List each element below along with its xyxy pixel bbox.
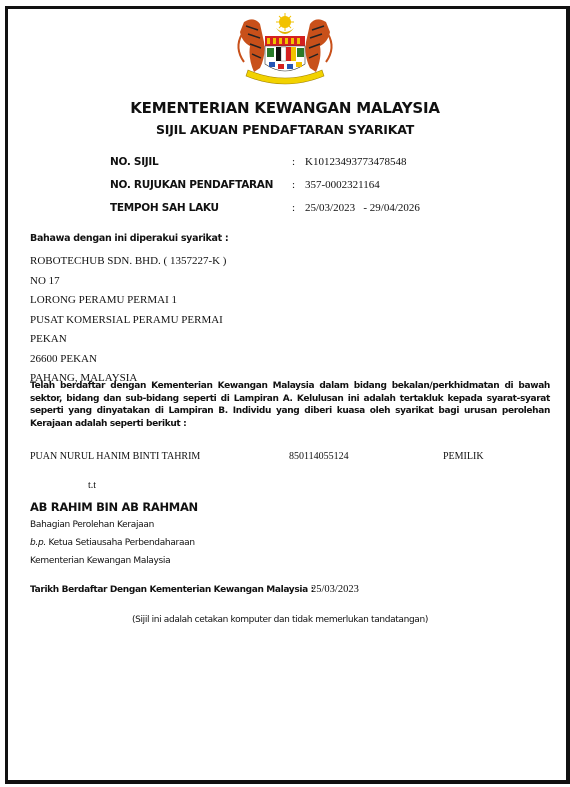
- info-label: TEMPOH SAH LAKU: [110, 202, 219, 214]
- info-colon: :: [292, 156, 295, 168]
- malaysia-coat-of-arms-icon: [230, 12, 340, 86]
- intro-statement: Bahawa dengan ini diperakui syarikat :: [30, 233, 228, 244]
- registration-reference: 357-0002321164: [305, 179, 380, 191]
- certificate-title: SIJIL AKUAN PENDAFTARAN SYARIKAT: [0, 122, 570, 137]
- address-line: 26600 PEKAN: [30, 350, 226, 370]
- address-line: LORONG PERAMU PERMAI 1: [30, 291, 226, 311]
- registration-date-label: Tarikh Berdaftar Dengan Kementerian Kewa…: [30, 585, 314, 595]
- company-name: ROBOTECHUB SDN. BHD. ( 1357227-K ): [30, 252, 226, 272]
- signer-ministry: Kementerian Kewangan Malaysia: [30, 556, 170, 566]
- authorized-person-name: PUAN NURUL HANIM BINTI TAHRIM: [30, 451, 200, 462]
- address-line: NO 17: [30, 272, 226, 292]
- ministry-title: KEMENTERIAN KEWANGAN MALAYSIA: [0, 99, 570, 117]
- computer-generated-note: (Sijil ini adalah cetakan komputer dan t…: [0, 615, 560, 625]
- registration-date: 25/03/2023: [311, 584, 359, 595]
- info-label: NO. RUJUKAN PENDAFTARAN: [110, 179, 273, 191]
- info-colon: :: [292, 202, 295, 214]
- certificate-number: K10123493773478548: [305, 156, 406, 168]
- signer-on-behalf: b.p. Ketua Setiausaha Perbendaharaan: [30, 538, 195, 548]
- validity-period: 25/03/2023 - 29/04/2026: [305, 202, 420, 214]
- info-label: NO. SIJIL: [110, 156, 158, 168]
- company-block: ROBOTECHUB SDN. BHD. ( 1357227-K ) NO 17…: [30, 252, 226, 389]
- info-colon: :: [292, 179, 295, 191]
- registration-paragraph: Telah berdaftar dengan Kementerian Kewan…: [30, 380, 550, 430]
- address-line: PEKAN: [30, 330, 226, 350]
- authorized-person-ic: 850114055124: [289, 451, 349, 462]
- bp-prefix: b.p.: [30, 538, 46, 548]
- signer-department: Bahagian Perolehan Kerajaan: [30, 520, 154, 530]
- address-line: PUSAT KOMERSIAL PERAMU PERMAI: [30, 311, 226, 331]
- bp-title: Ketua Setiausaha Perbendaharaan: [46, 538, 195, 548]
- signer-name: AB RAHIM BIN AB RAHMAN: [30, 500, 198, 514]
- authorized-person-role: PEMILIK: [443, 451, 484, 462]
- signature-tt: t.t: [88, 480, 96, 491]
